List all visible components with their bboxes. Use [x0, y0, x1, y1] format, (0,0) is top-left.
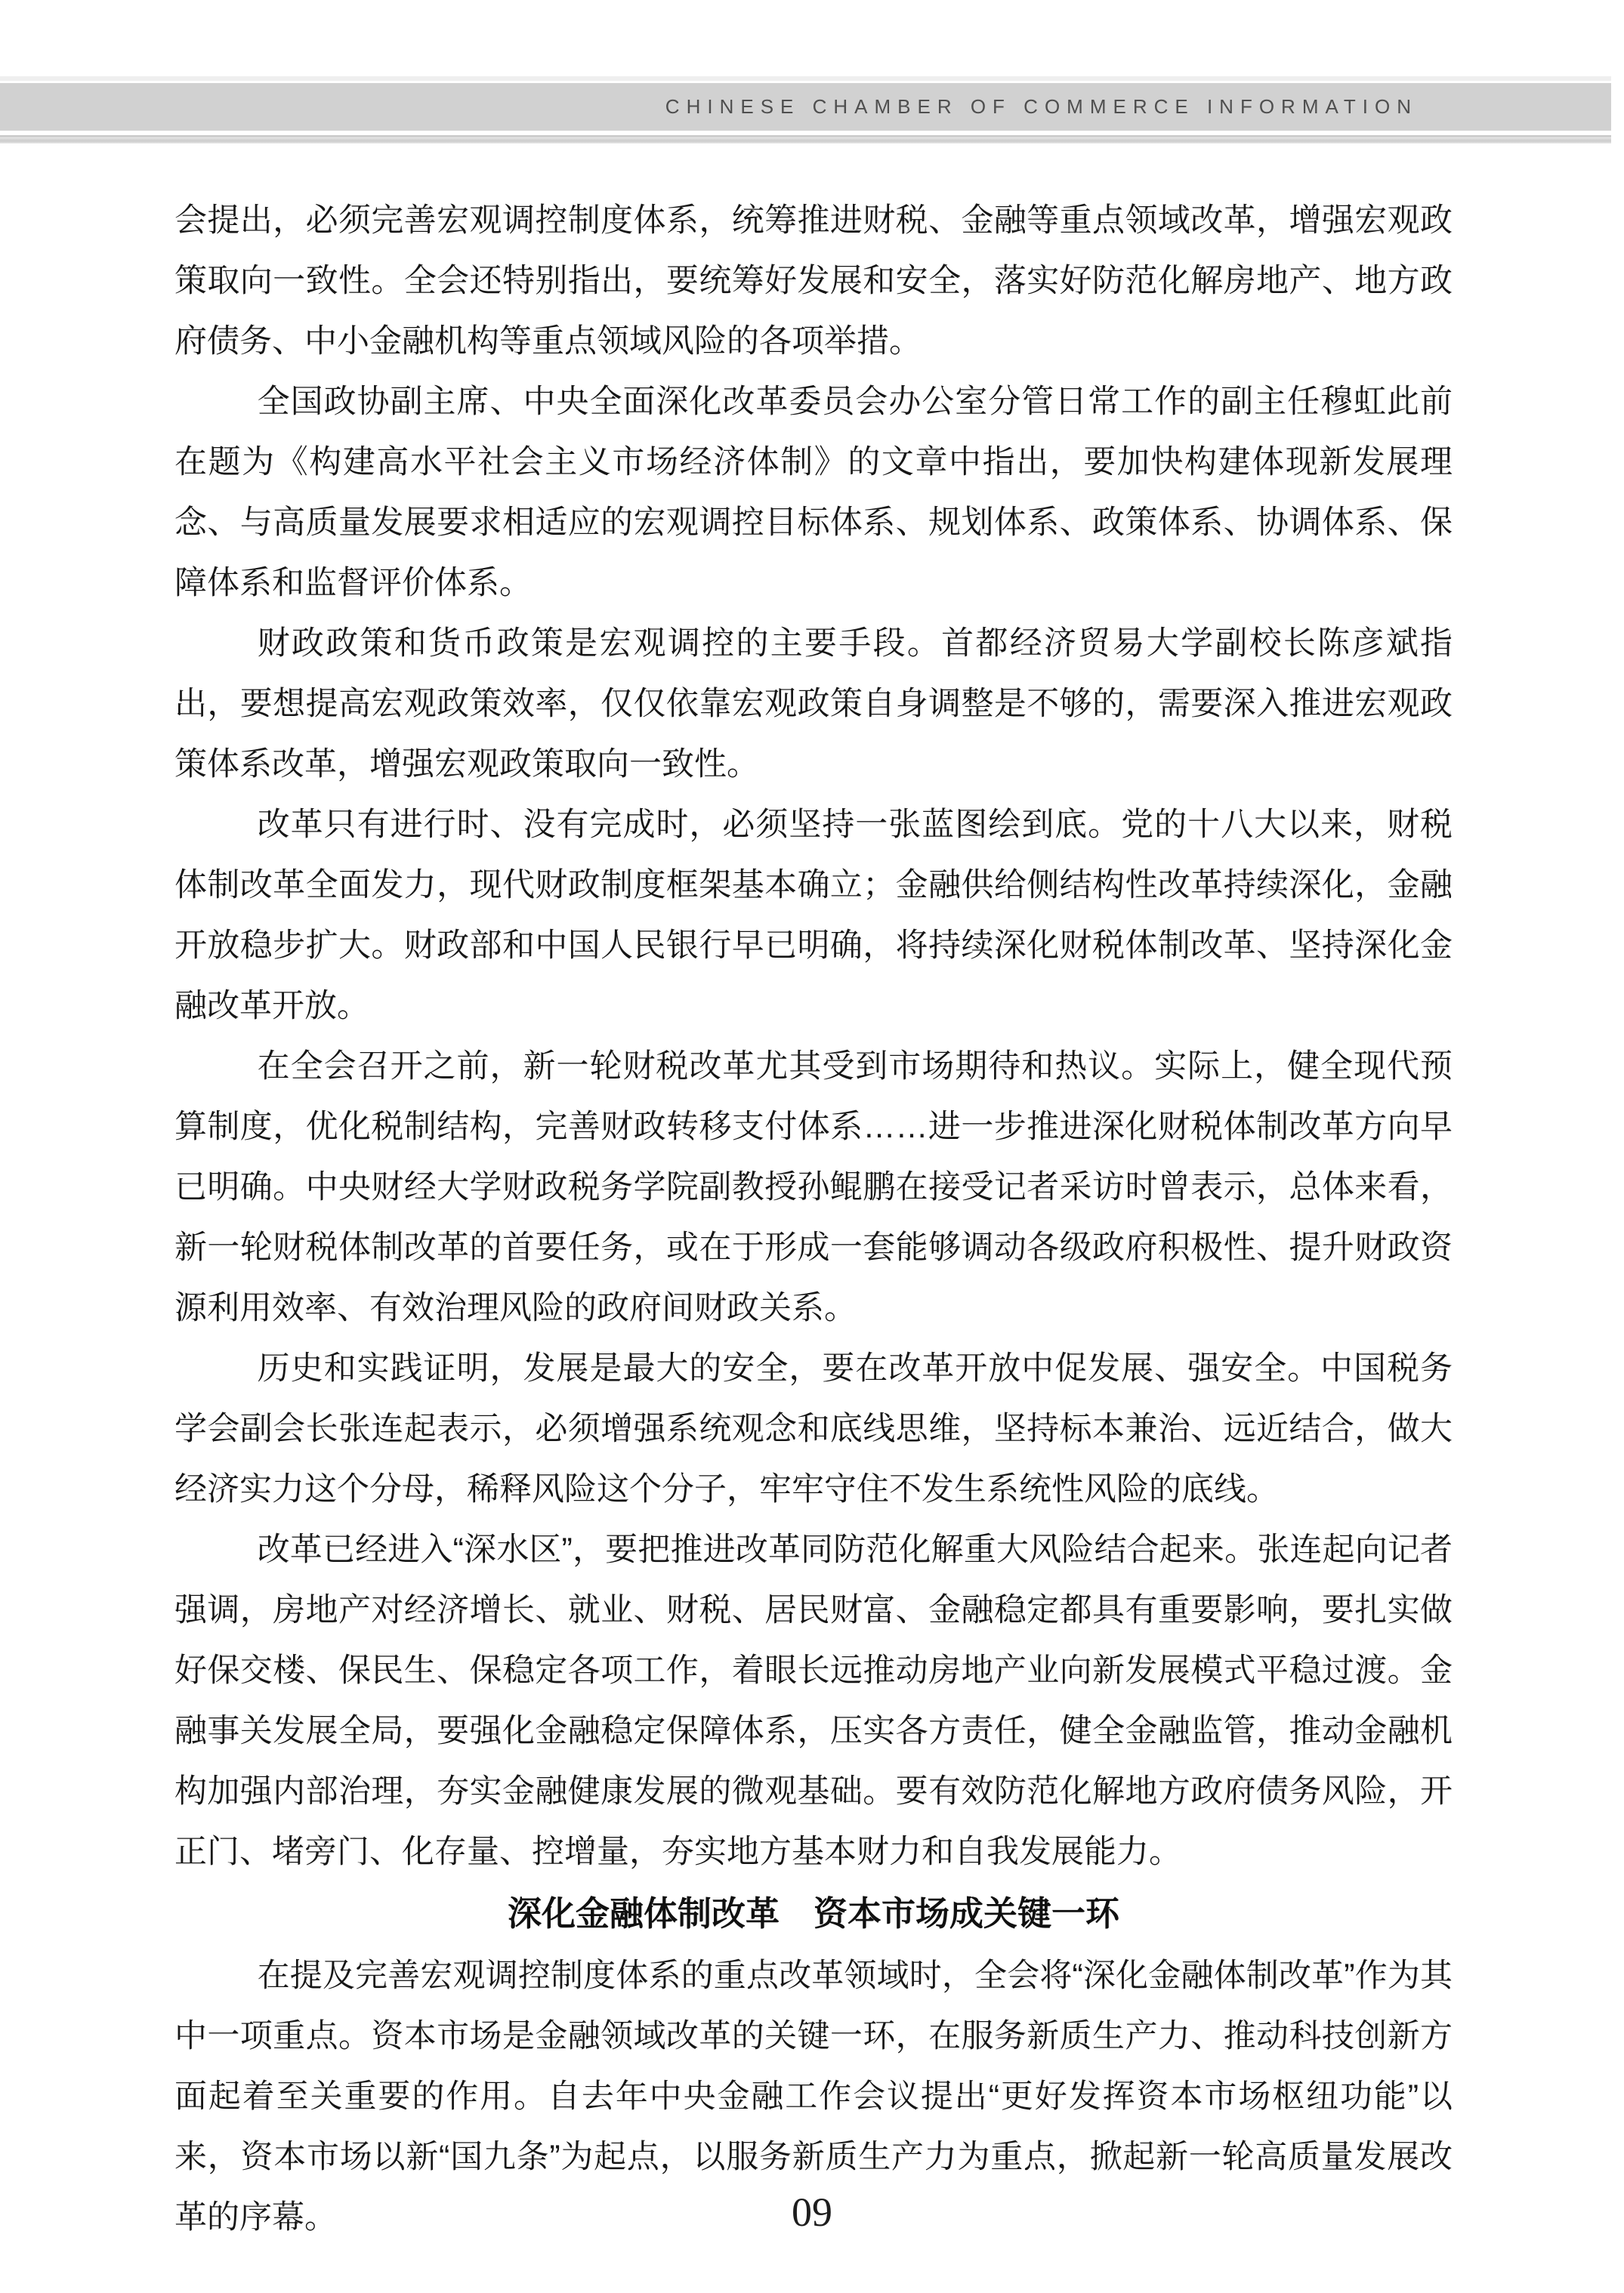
banner-title: CHINESE CHAMBER OF COMMERCE INFORMATION: [665, 95, 1418, 119]
header-banner: CHINESE CHAMBER OF COMMERCE INFORMATION: [0, 83, 1611, 131]
article-body: 会提出，必须完善宏观调控制度体系，统筹推进财税、金融等重点领域改革，增强宏观政策…: [174, 190, 1453, 2248]
paragraph-6: 历史和实践证明，发展是最大的安全，要在改革开放中促发展、强安全。中国税务学会副会…: [174, 1338, 1453, 1520]
section-heading: 深化金融体制改革 资本市场成关键一环: [174, 1882, 1453, 1946]
header-accent-strip: [0, 76, 1611, 81]
paragraph-5: 在全会召开之前，新一轮财税改革尤其受到市场期待和热议。实际上，健全现代预算制度，…: [174, 1036, 1453, 1338]
paragraph-3: 财政政策和货币政策是宏观调控的主要手段。首都经济贸易大学副校长陈彦斌指出，要想提…: [174, 613, 1453, 795]
document-page: CHINESE CHAMBER OF COMMERCE INFORMATION …: [0, 0, 1624, 2293]
paragraph-7: 改革已经进入“深水区”，要把推进改革同防范化解重大风险结合起来。张连起向记者强调…: [174, 1520, 1453, 1882]
page-number: 09: [0, 2189, 1624, 2236]
paragraph-2: 全国政协副主席、中央全面深化改革委员会办公室分管日常工作的副主任穆虹此前在题为《…: [174, 372, 1453, 613]
header-rule: [0, 135, 1611, 144]
paragraph-4: 改革只有进行时、没有完成时，必须坚持一张蓝图绘到底。党的十八大以来，财税体制改革…: [174, 795, 1453, 1036]
paragraph-1: 会提出，必须完善宏观调控制度体系，统筹推进财税、金融等重点领域改革，增强宏观政策…: [174, 190, 1453, 372]
